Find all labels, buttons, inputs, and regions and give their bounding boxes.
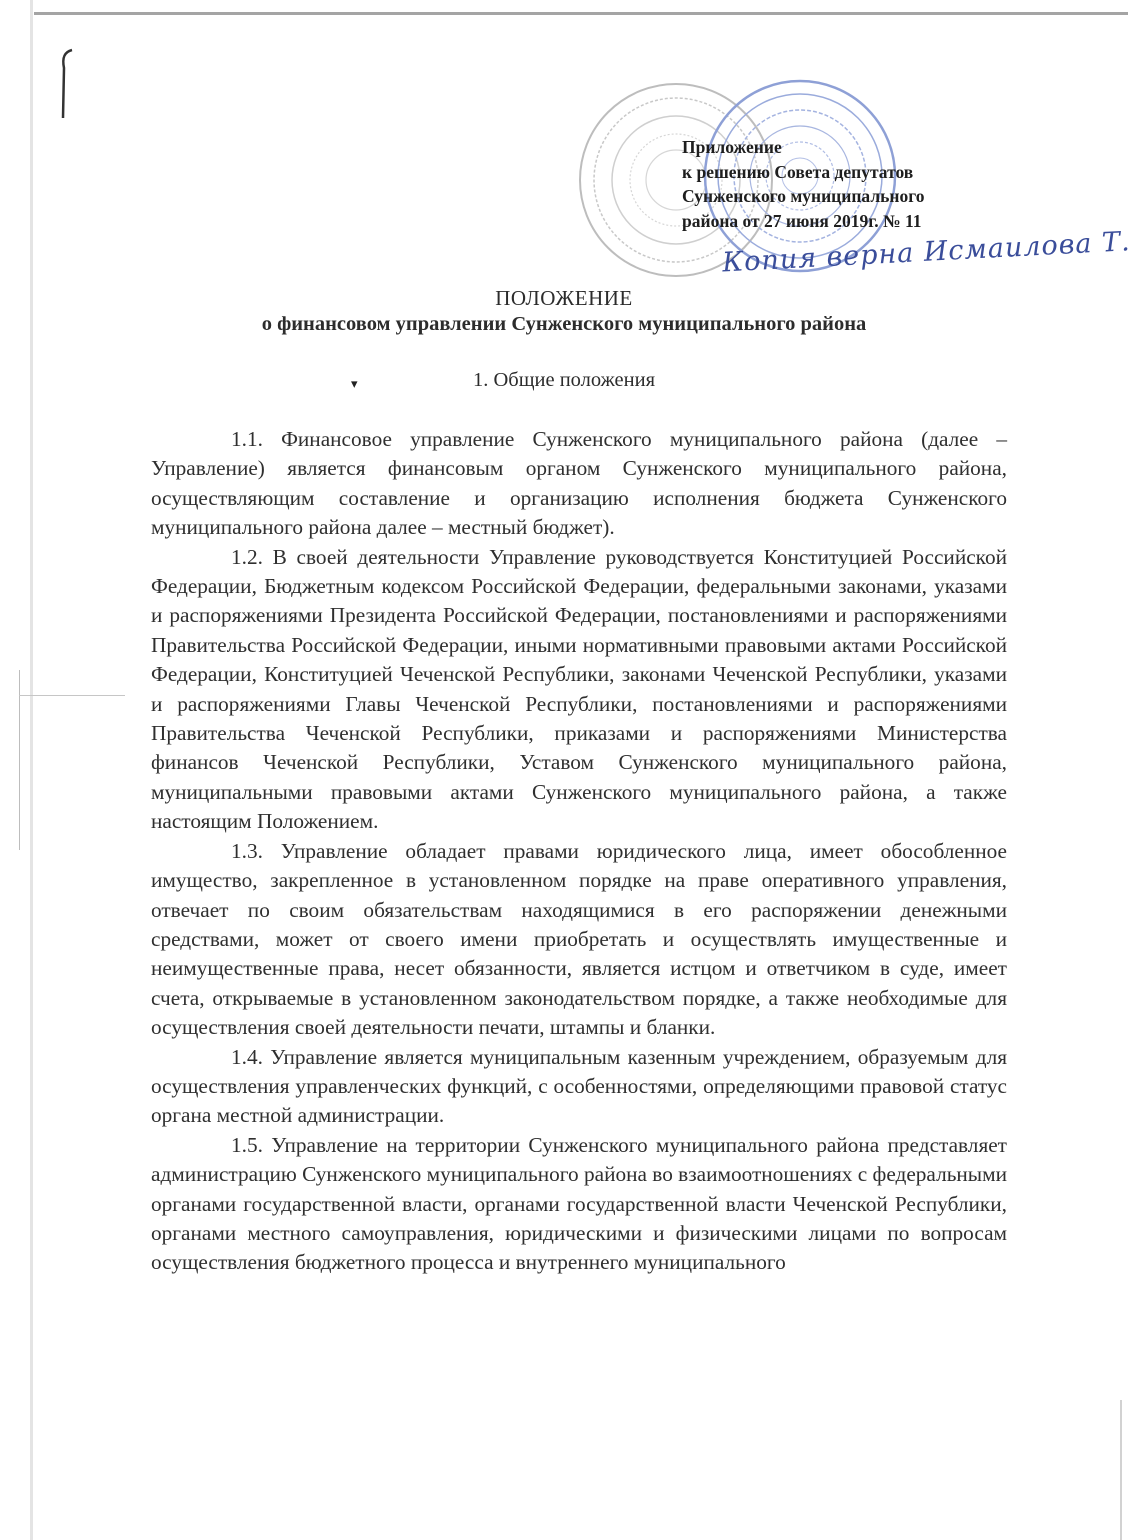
document-body: 1.1. Финансовое управление Сунженского м… [151, 425, 1007, 1278]
section-title: 1. Общие положения [0, 369, 1128, 392]
appendix-header: Приложение к решению Совета депутатов Су… [682, 135, 925, 233]
paragraph-1-4: 1.4. Управление является муниципальным к… [151, 1043, 1007, 1131]
paragraph-1-3: 1.3. Управление обладает правами юридиче… [151, 837, 1007, 1043]
paragraph-1-2: 1.2. В своей деятельности Управление рук… [151, 543, 1007, 837]
document-subtitle: о финансовом управлении Сунженского муни… [0, 313, 1128, 336]
scan-top-edge [34, 12, 1128, 15]
scan-fold-line [19, 670, 20, 850]
appendix-line-4: района от 27 июня 2019г. № 11 [682, 209, 925, 234]
paragraph-1-5: 1.5. Управление на территории Сунженског… [151, 1131, 1007, 1278]
appendix-line-2: к решению Совета депутатов [682, 160, 925, 185]
scan-fold-tick [19, 695, 125, 696]
document-title: ПОЛОЖЕНИЕ [0, 286, 1128, 311]
appendix-line-1: Приложение [682, 135, 925, 160]
appendix-line-3: Сунженского муниципального [682, 184, 925, 209]
scan-right-edge [1120, 1400, 1122, 1540]
pen-mark-icon [56, 48, 76, 124]
paragraph-1-1: 1.1. Финансовое управление Сунженского м… [151, 425, 1007, 543]
scan-left-edge [30, 0, 33, 1540]
